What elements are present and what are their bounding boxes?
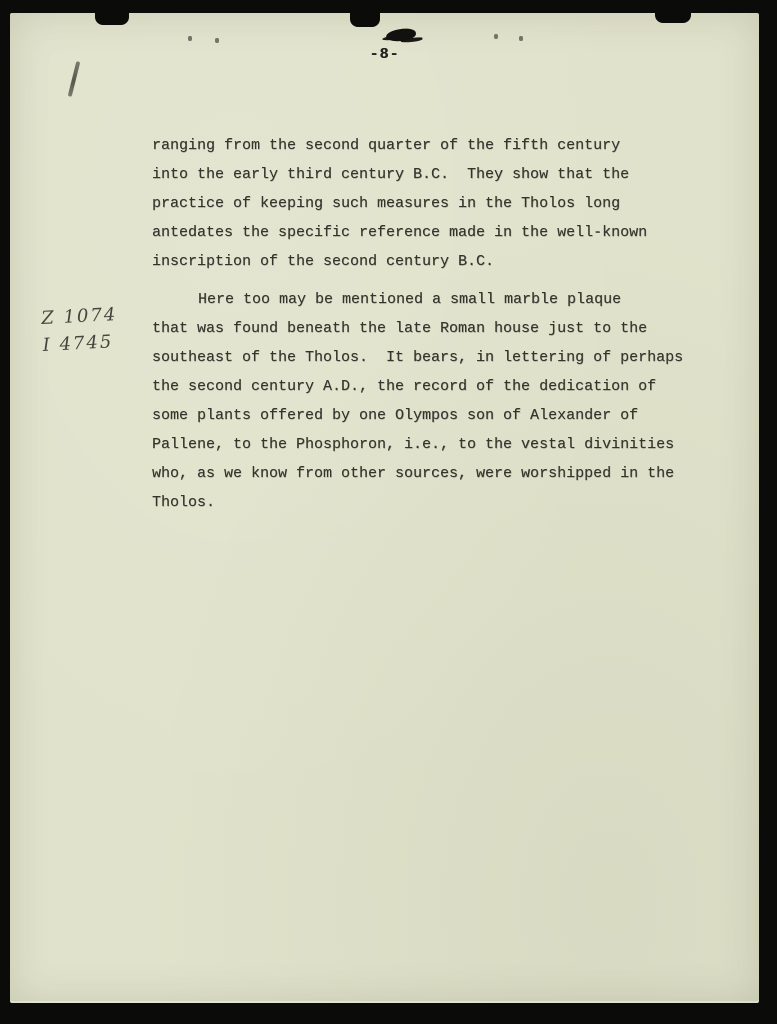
typewritten-text: ranging from the second quarter of the f…	[152, 131, 712, 517]
text-line: into the early third century B.C. They s…	[152, 160, 712, 189]
margin-note-line: Z 1074	[41, 301, 118, 332]
ink-blot	[385, 27, 416, 42]
ink-speck	[188, 36, 192, 41]
paper-page: -8- Z 1074 I 4745 ranging from the secon…	[10, 13, 759, 1003]
ink-speck	[494, 34, 498, 39]
text-line: Pallene, to the Phosphoron, i.e., to the…	[152, 430, 712, 459]
page-number: -8-	[10, 46, 759, 63]
binding-mark-right	[655, 11, 691, 23]
text-line: inscription of the second century B.C.	[152, 247, 712, 276]
text-line: practice of keeping such measures in the…	[152, 189, 712, 218]
text-line: that was found beneath the late Roman ho…	[152, 314, 712, 343]
pencil-mark	[68, 61, 81, 97]
paragraph-1: ranging from the second quarter of the f…	[152, 131, 712, 276]
text-line: some plants offered by one Olympos son o…	[152, 401, 712, 430]
text-line: southeast of the Tholos. It bears, in le…	[152, 343, 712, 372]
ink-speck	[215, 38, 219, 43]
text-line: the second century A.D., the record of t…	[152, 372, 712, 401]
margin-note-line: I 4745	[42, 328, 119, 359]
margin-note: Z 1074 I 4745	[41, 301, 120, 359]
ink-speck	[519, 36, 523, 41]
text-line: Here too may be mentioned a small marble…	[152, 285, 712, 314]
text-line: ranging from the second quarter of the f…	[152, 131, 712, 160]
text-line: antedates the specific reference made in…	[152, 218, 712, 247]
scanned-document: -8- Z 1074 I 4745 ranging from the secon…	[0, 0, 777, 1024]
text-line: who, as we know from other sources, were…	[152, 459, 712, 488]
binding-mark-left	[95, 11, 129, 25]
text-line: Tholos.	[152, 488, 712, 517]
binding-mark-center	[350, 11, 380, 27]
paragraph-2: Here too may be mentioned a small marble…	[152, 285, 712, 517]
